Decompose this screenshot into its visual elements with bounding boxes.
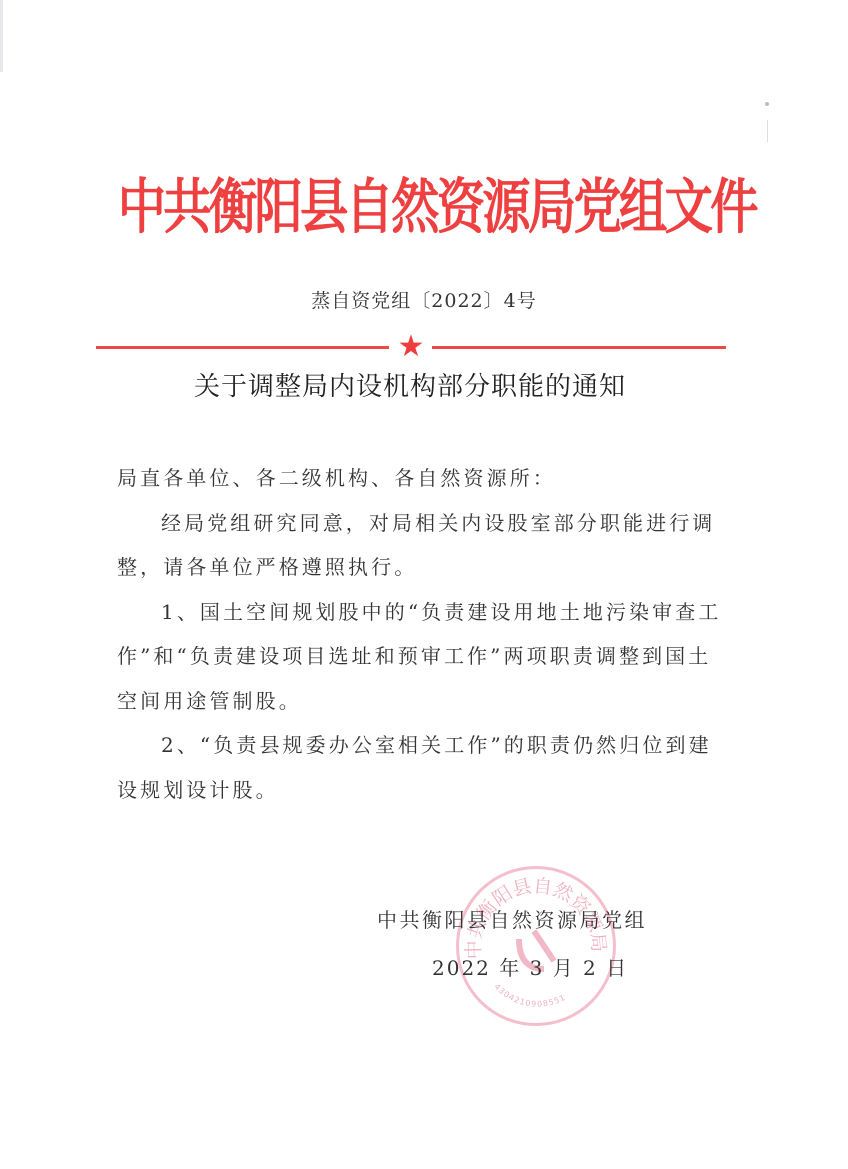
seal-code: 4304210908551 (492, 982, 567, 1009)
signature-date: 2022 年 3 月 2 日 (432, 952, 628, 981)
document-body: 局直各单位、各二级机构、各自然资源所： 经局党组研究同意，对局相关内设股室部分职… (117, 456, 727, 812)
star-icon: ★ (396, 332, 426, 362)
seal-graphic: 中共衡阳县自然资源局党组 4304210908551 (459, 869, 613, 1023)
paragraph-intro: 经局党组研究同意，对局相关内设股室部分职能进行调整，请各单位严格遵照执行。 (117, 501, 727, 590)
document-number: 蒸自资党组〔2022〕4号 (0, 286, 848, 313)
divider-line-right (432, 346, 726, 349)
official-seal: 中共衡阳县自然资源局党组 4304210908551 (456, 866, 616, 1026)
scan-mark (767, 120, 768, 142)
salutation: 局直各单位、各二级机构、各自然资源所： (117, 456, 727, 501)
svg-text:4304210908551: 4304210908551 (492, 982, 567, 1009)
red-divider: ★ (96, 332, 726, 362)
issuer-header: 中共衡阳县自然资源局党组文件 (118, 162, 695, 254)
paragraph-item-2: 2、“负责县规委办公室相关工作”的职责仍然归位到建设规划设计股。 (117, 723, 727, 812)
signature-organization: 中共衡阳县自然资源局党组 (377, 904, 677, 933)
divider-line-left (96, 346, 389, 349)
scan-edge (0, 0, 3, 72)
document-title: 关于调整局内设机构部分职能的通知 (0, 366, 820, 403)
scan-speck (765, 102, 769, 106)
paragraph-item-1: 1、国土空间规划股中的“负责建设用地土地污染审查工作”和“负责建设项目选址和预审… (117, 590, 727, 724)
